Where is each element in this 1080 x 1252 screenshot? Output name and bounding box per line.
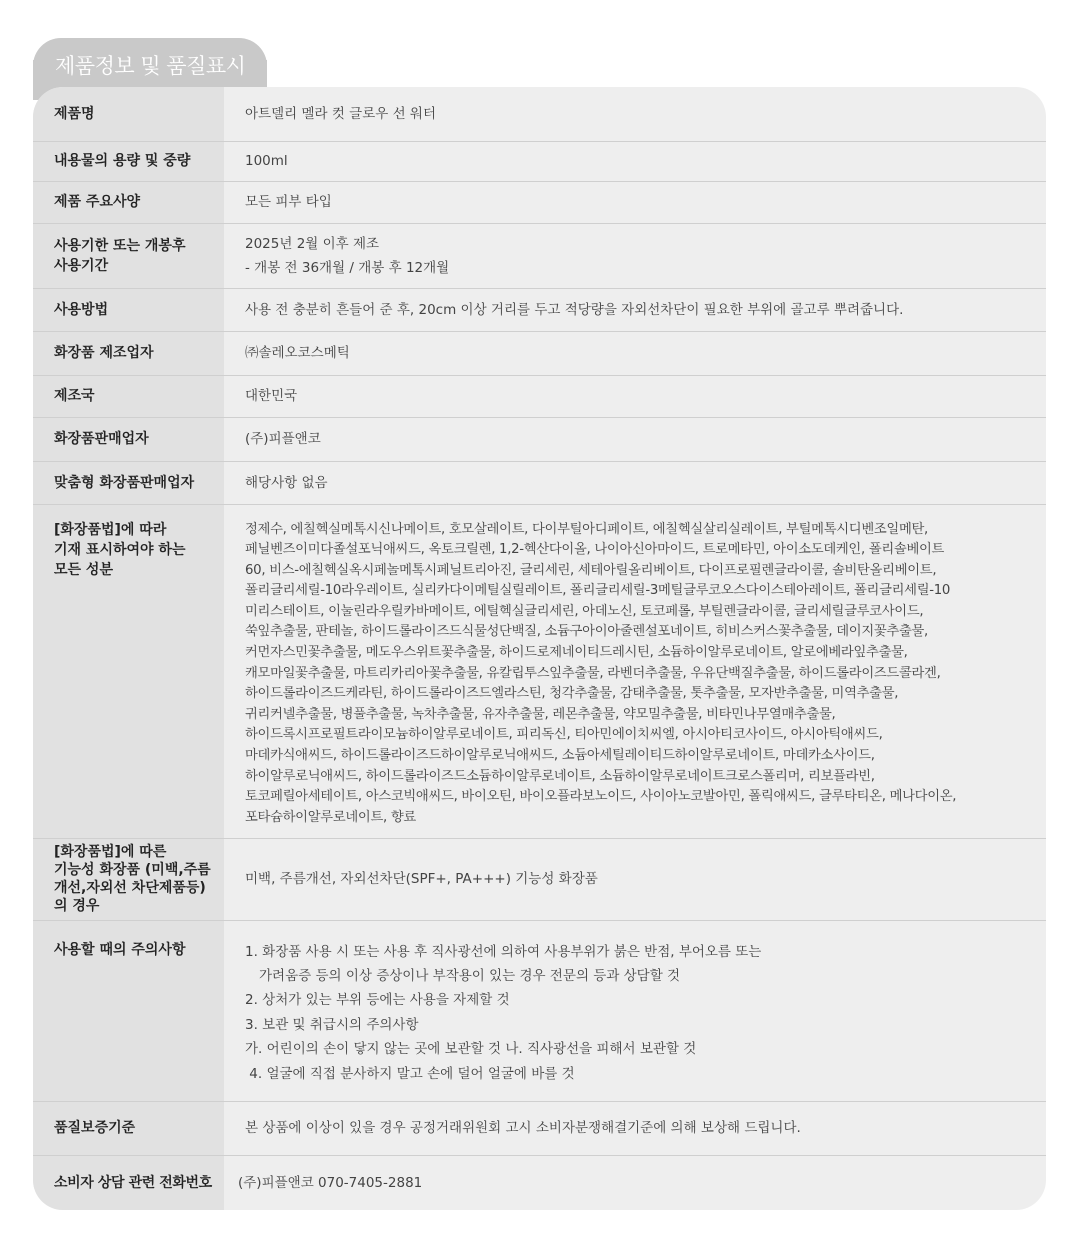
table-row-manufacturer: 화장품 제조업자 ㈜솔레오코스메틱 xyxy=(33,331,1046,375)
row-label: 제품 주요사양 xyxy=(33,181,224,223)
ingredients-list: 정제수, 에칠헥실메톡시신나메이트, 호모살레이트, 다이부틸아디페이트, 에칠… xyxy=(224,504,1046,838)
row-label: 제품명 xyxy=(33,87,224,141)
row-label: 사용방법 xyxy=(33,288,224,331)
table-row-usage: 사용방법 사용 전 충분히 흔들어 준 후, 20cm 이상 거리를 두고 적당… xyxy=(33,288,1046,331)
row-value: 미백, 주름개선, 자외선차단(SPF+, PA+++) 기능성 화장품 xyxy=(224,838,1046,920)
row-value: 100ml xyxy=(224,141,1046,181)
row-value: 본 상품에 이상이 있을 경우 공정거래위원회 고시 소비자분쟁해결기준에 의해… xyxy=(224,1101,1046,1155)
row-label: 사용기한 또는 개봉후 사용기간 xyxy=(33,223,224,288)
row-label: 화장품판매업자 xyxy=(33,417,224,461)
row-label: [화장품법]에 따른 기능성 화장품 (미백,주름 개선,자외선 차단제품등) … xyxy=(33,838,224,920)
table-row-country: 제조국 대한민국 xyxy=(33,375,1046,417)
product-info-table: 제품명 아트델리 멜라 컷 글로우 선 워터 내용물의 용량 및 중량 100m… xyxy=(33,87,1046,1210)
table-row-functional: [화장품법]에 따른 기능성 화장품 (미백,주름 개선,자외선 차단제품등) … xyxy=(33,838,1046,920)
row-value: 해당사항 없음 xyxy=(224,461,1046,504)
table-row-seller: 화장품판매업자 (주)피플앤코 xyxy=(33,417,1046,461)
table-row-volume: 내용물의 용량 및 중량 100ml xyxy=(33,141,1046,181)
row-label: 내용물의 용량 및 중량 xyxy=(33,141,224,181)
contact-phone: (주)피플앤코 070-7405-2881 xyxy=(224,1155,1046,1210)
row-value: 사용 전 충분히 흔들어 준 후, 20cm 이상 거리를 두고 적당량을 자외… xyxy=(224,288,1046,331)
table-row-custom-seller: 맞춤형 화장품판매업자 해당사항 없음 xyxy=(33,461,1046,504)
row-label: [화장품법]에 따라 기재 표시하여야 하는 모든 성분 xyxy=(33,504,224,838)
table-row-product-name: 제품명 아트델리 멜라 컷 글로우 선 워터 xyxy=(33,87,1046,141)
row-value: 아트델리 멜라 컷 글로우 선 워터 xyxy=(224,87,1046,141)
table-row-quality-guarantee: 품질보증기준 본 상품에 이상이 있을 경우 공정거래위원회 고시 소비자분쟁해… xyxy=(33,1101,1046,1155)
row-label: 제조국 xyxy=(33,375,224,417)
row-label: 품질보증기준 xyxy=(33,1101,224,1155)
row-value: ㈜솔레오코스메틱 xyxy=(224,331,1046,375)
row-value: (주)피플앤코 xyxy=(224,417,1046,461)
table-row-ingredients: [화장품법]에 따라 기재 표시하여야 하는 모든 성분 정제수, 에칠헥실메톡… xyxy=(33,504,1046,838)
row-value: 대한민국 xyxy=(224,375,1046,417)
row-label: 화장품 제조업자 xyxy=(33,331,224,375)
row-label: 소비자 상담 관련 전화번호 xyxy=(33,1155,224,1210)
precautions-list: 1. 화장품 사용 시 또는 사용 후 직사광선에 의하여 사용부위가 붉은 반… xyxy=(224,920,1046,1101)
row-label: 맞춤형 화장품판매업자 xyxy=(33,461,224,504)
table-row-precautions: 사용할 때의 주의사항 1. 화장품 사용 시 또는 사용 후 직사광선에 의하… xyxy=(33,920,1046,1101)
table-row-contact: 소비자 상담 관련 전화번호 (주)피플앤코 070-7405-2881 xyxy=(33,1155,1046,1210)
table-row-specs: 제품 주요사양 모든 피부 타입 xyxy=(33,181,1046,223)
row-value: 2025년 2월 이후 제조 - 개봉 전 36개월 / 개봉 후 12개월 xyxy=(224,223,1046,288)
row-label: 사용할 때의 주의사항 xyxy=(33,920,224,1101)
row-value: 모든 피부 타입 xyxy=(224,181,1046,223)
table-row-expiry: 사용기한 또는 개봉후 사용기간 2025년 2월 이후 제조 - 개봉 전 3… xyxy=(33,223,1046,288)
